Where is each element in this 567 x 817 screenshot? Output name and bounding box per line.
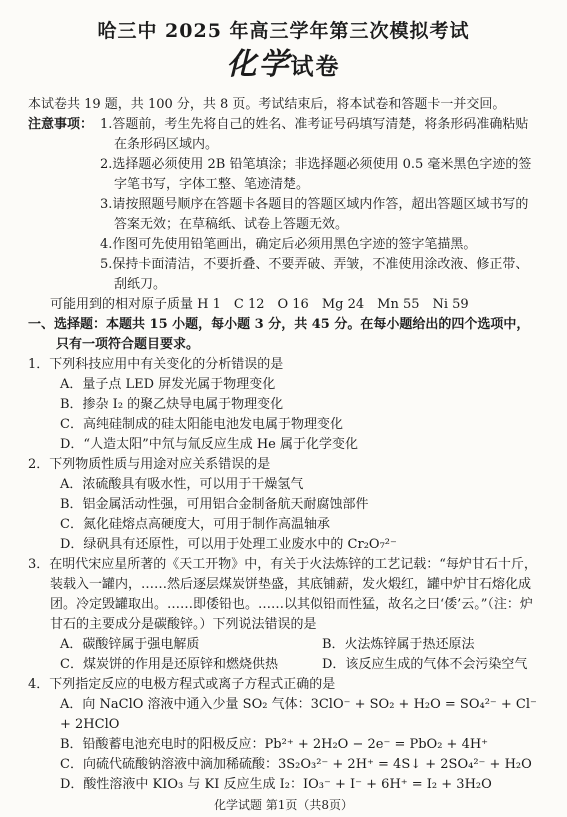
question-3-options-row-2: C．煤炭饼的作用是还原锌和燃烧供热 D．该反应生成的气体不会污染空气 bbox=[28, 655, 539, 675]
question-3-option-c: C．煤炭饼的作用是还原锌和燃烧供热 bbox=[60, 655, 322, 675]
atomic-masses-line: 可能用到的相对原子质量 H 1 C 12 O 16 Mg 24 Mn 55 Ni… bbox=[50, 295, 539, 315]
question-2-option-a: A．浓硫酸具有吸水性，可以用于干燥氢气 bbox=[28, 475, 539, 495]
question-4-option-d: D．酸性溶液中 KIO₃ 与 KI 反应生成 I₂：IO₃⁻ + I⁻ + 6H… bbox=[28, 775, 539, 795]
exam-intro: 本试卷共 19 题，共 100 分，共 8 页。考试结束后，将本试卷和答题卡一并… bbox=[28, 95, 539, 115]
question-4-stem: 4．下列指定反应的电极方程式或离子方程式正确的是 bbox=[28, 675, 539, 695]
question-4-option-a: A．向 NaClO 溶液中通入少量 SO₂ 气体：3ClO⁻ + SO₂ + H… bbox=[28, 695, 539, 735]
page-footer: 化学试题 第1页（共8页） bbox=[28, 795, 539, 817]
question-2-option-d: D．绿矾具有还原性，可以用于处理工业废水中的 Cr₂O₇²⁻ bbox=[28, 535, 539, 555]
question-1-stem: 1．下列科技应用中有关变化的分析错误的是 bbox=[28, 355, 539, 375]
notice-item-5: 5.保持卡面清洁，不要折叠、不要弄破、弄皱，不准使用涂改液、修正带、刮纸刀。 bbox=[100, 255, 539, 295]
notice-item-4: 4.作图可先使用铅笔画出，确定后必须用黑色字迹的签字笔描黑。 bbox=[100, 235, 539, 255]
question-1-option-b: B．掺杂 I₂ 的聚乙炔导电属于物理变化 bbox=[28, 395, 539, 415]
question-1-option-a: A．量子点 LED 屏发光属于物理变化 bbox=[28, 375, 539, 395]
exam-title: 哈三中 2025 年高三学年第三次模拟考试 bbox=[28, 18, 539, 45]
exam-paper-page: 哈三中 2025 年高三学年第三次模拟考试 化学试卷 本试卷共 19 题，共 1… bbox=[0, 0, 567, 817]
subtitle-paper-label: 试卷 bbox=[291, 53, 341, 80]
question-4-option-b: B．铅酸蓄电池充电时的阳极反应：Pb²⁺ + 2H₂O − 2e⁻ = PbO₂… bbox=[28, 735, 539, 755]
notice-item-1: 1.答题前，考生先将自己的姓名、准考证号码填写清楚，将条形码准确粘贴在条形码区域… bbox=[100, 115, 539, 155]
question-3-options-row-1: A．碳酸锌属于强电解质 B．火法炼锌属于热还原法 bbox=[28, 635, 539, 655]
notices-block: 注意事项： 1.答题前，考生先将自己的姓名、准考证号码填写清楚，将条形码准确粘贴… bbox=[28, 115, 539, 295]
section-1-header: 一、选择题：本题共 15 小题，每小题 3 分，共 45 分。在每小题给出的四个… bbox=[28, 315, 539, 355]
question-2-option-b: B．铝金属活动性强，可用铝合金制备航天耐腐蚀部件 bbox=[28, 495, 539, 515]
question-3-option-a: A．碳酸锌属于强电解质 bbox=[60, 635, 322, 655]
question-2: 2．下列物质性质与用途对应关系错误的是 A．浓硫酸具有吸水性，可以用于干燥氢气 … bbox=[28, 455, 539, 555]
question-4: 4．下列指定反应的电极方程式或离子方程式正确的是 A．向 NaClO 溶液中通入… bbox=[28, 675, 539, 795]
question-1: 1．下列科技应用中有关变化的分析错误的是 A．量子点 LED 屏发光属于物理变化… bbox=[28, 355, 539, 455]
question-3-option-b: B．火法炼锌属于热还原法 bbox=[322, 635, 539, 655]
question-1-option-d: D．“人造太阳”中氘与氚反应生成 He 属于化学变化 bbox=[28, 435, 539, 455]
exam-subtitle: 化学试卷 bbox=[28, 48, 539, 88]
question-3: 3．在明代宋应星所著的《天工开物》中，有关于火法炼锌的工艺记载：“每炉甘石十斤，… bbox=[28, 555, 539, 675]
question-2-option-c: C．氮化硅熔点高硬度大，可用于制作高温轴承 bbox=[28, 515, 539, 535]
question-2-stem: 2．下列物质性质与用途对应关系错误的是 bbox=[28, 455, 539, 475]
notice-item-2: 2.选择题必须使用 2B 铅笔填涂；非选择题必须使用 0.5 毫米黑色字迹的签字… bbox=[100, 155, 539, 195]
notices-label: 注意事项： bbox=[28, 115, 100, 295]
notice-items: 1.答题前，考生先将自己的姓名、准考证号码填写清楚，将条形码准确粘贴在条形码区域… bbox=[100, 115, 539, 295]
question-3-option-d: D．该反应生成的气体不会污染空气 bbox=[322, 655, 539, 675]
subtitle-subject: 化学 bbox=[227, 47, 291, 82]
question-3-stem: 3．在明代宋应星所著的《天工开物》中，有关于火法炼锌的工艺记载：“每炉甘石十斤，… bbox=[28, 555, 539, 635]
question-4-option-c: C．向硫代硫酸钠溶液中滴加稀硫酸：3S₂O₃²⁻ + 2H⁺ = 4S↓ + 2… bbox=[28, 755, 539, 775]
question-1-option-c: C．高纯硅制成的硅太阳能电池发电属于物理变化 bbox=[28, 415, 539, 435]
notice-item-3: 3.请按照题号顺序在答题卡各题目的答题区域内作答，超出答题区域书写的答案无效；在… bbox=[100, 195, 539, 235]
